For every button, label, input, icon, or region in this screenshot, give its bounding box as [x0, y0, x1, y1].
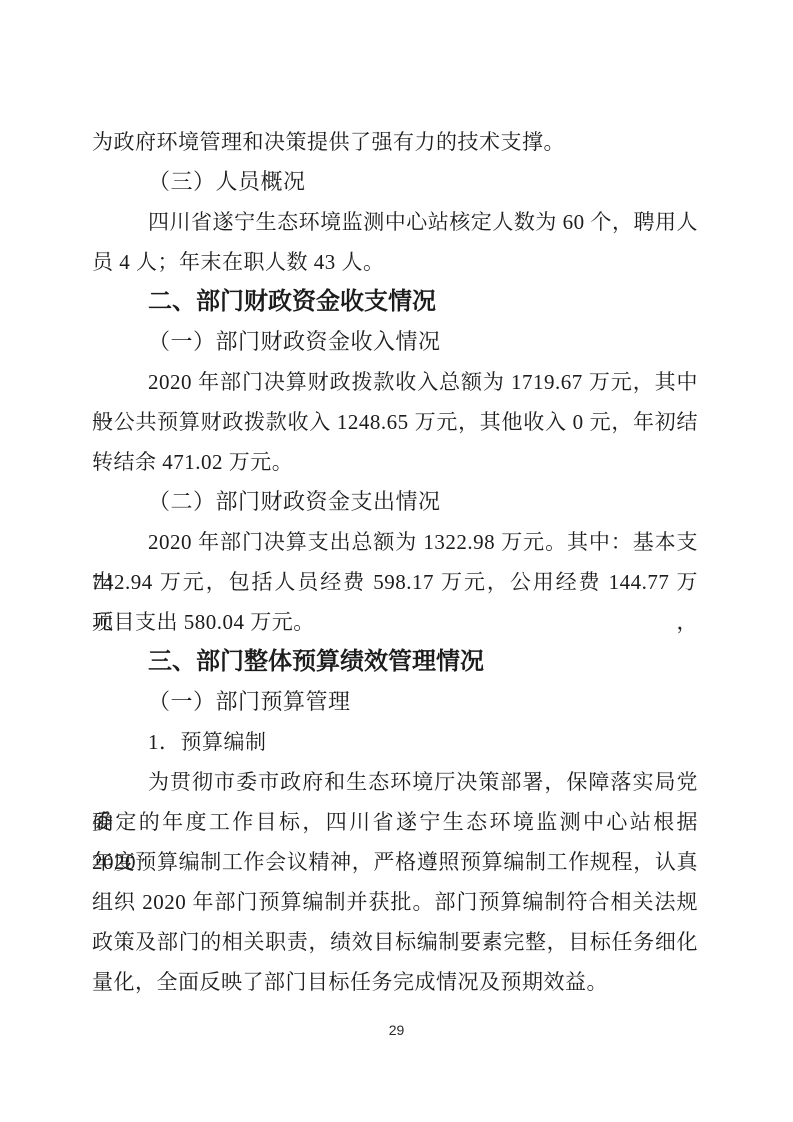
- paragraph-line: 员 4 人；年末在职人数 43 人。: [92, 242, 698, 282]
- subsection-heading-personnel: （三）人员概况: [92, 162, 698, 202]
- paragraph-line: 2020 年部门决算财政拨款收入总额为 1719.67 万元，其中一: [92, 362, 698, 402]
- paragraph-line: 量化，全面反映了部门目标任务完成情况及预期效益。: [92, 962, 698, 1002]
- paragraph-line: 政策及部门的相关职责，绩效目标编制要素完整，目标任务细化: [92, 922, 698, 962]
- paragraph-line: 般公共预算财政拨款收入 1248.65 万元，其他收入 0 元，年初结: [92, 402, 698, 442]
- subsection-heading-expenditure: （二）部门财政资金支出情况: [92, 482, 698, 522]
- paragraph-line: 为政府环境管理和决策提供了强有力的技术支撑。: [92, 122, 698, 162]
- paragraph-line: 742.94 万元，包括人员经费 598.17 万元，公用经费 144.77 万…: [92, 562, 698, 602]
- paragraph-line: 年度预算编制工作会议精神，严格遵照预算编制工作规程，认真: [92, 842, 698, 882]
- section-heading-performance: 三、部门整体预算绩效管理情况: [92, 642, 698, 682]
- page-number: 29: [0, 1018, 793, 1042]
- numbered-heading-budget-compilation: 1．预算编制: [92, 722, 698, 762]
- subsection-heading-budget-management: （一）部门预算管理: [92, 682, 698, 722]
- document-body: 为政府环境管理和决策提供了强有力的技术支撑。 （三）人员概况 四川省遂宁生态环境…: [92, 122, 698, 1002]
- document-page: 为政府环境管理和决策提供了强有力的技术支撑。 （三）人员概况 四川省遂宁生态环境…: [0, 0, 793, 1122]
- paragraph-line: 为贯彻市委市政府和生态环境厅决策部署，保障落实局党委: [92, 762, 698, 802]
- paragraph-line: 确定的年度工作目标，四川省遂宁生态环境监测中心站根据 2020: [92, 802, 698, 842]
- paragraph-line: 四川省遂宁生态环境监测中心站核定人数为 60 个，聘用人: [92, 202, 698, 242]
- paragraph-line: 2020 年部门决算支出总额为 1322.98 万元。其中：基本支出: [92, 522, 698, 562]
- section-heading-fiscal-funds: 二、部门财政资金收支情况: [92, 282, 698, 322]
- paragraph-line: 转结余 471.02 万元。: [92, 442, 698, 482]
- subsection-heading-income: （一）部门财政资金收入情况: [92, 322, 698, 362]
- paragraph-line: 组织 2020 年部门预算编制并获批。部门预算编制符合相关法规: [92, 882, 698, 922]
